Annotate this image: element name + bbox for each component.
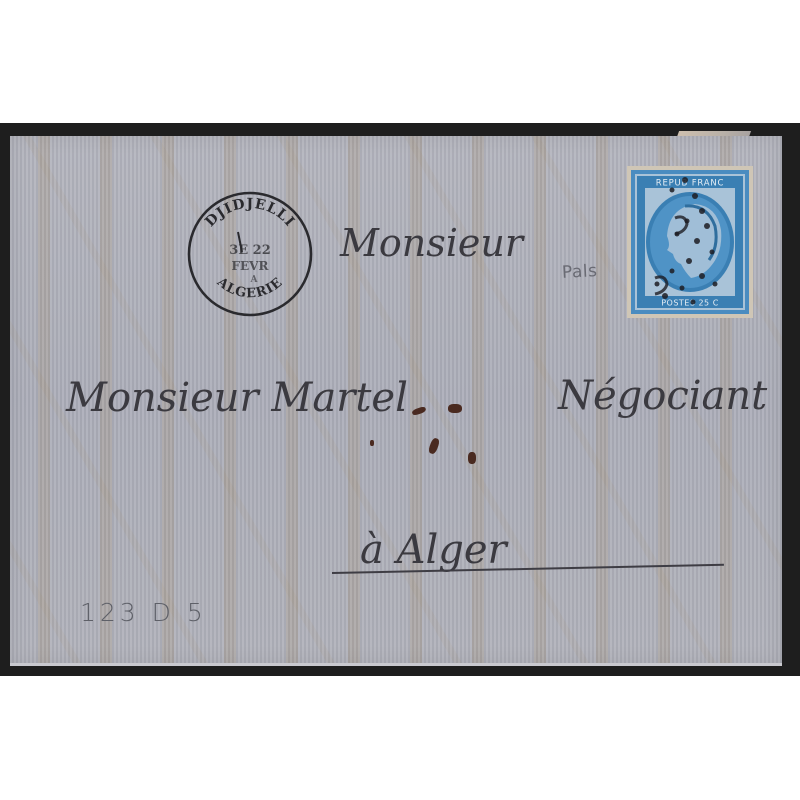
pencil-catalog-code: 123 D 5 <box>80 598 207 627</box>
ink-mark <box>468 452 476 464</box>
address-city: à Alger <box>360 527 510 573</box>
stamp-bottom-label: POSTES 25 C <box>661 299 719 308</box>
postmark-month: FEVR <box>232 259 270 273</box>
postmark-date: 3E 22 <box>229 243 271 258</box>
address-recipient: Monsieur Martel <box>65 375 408 421</box>
stamp-top-label: REPUB FRANC <box>656 179 725 189</box>
ink-mark <box>370 440 374 446</box>
ink-mark <box>448 404 462 413</box>
postmark: DJIDJELLI ALGERIE 3E 22 FEVR A <box>186 190 314 318</box>
svg-text:DJIDJELLI: DJIDJELLI <box>202 196 298 230</box>
postage-stamp: REPUB FRANC POSTES 25 C <box>627 166 753 318</box>
pencil-note: Pals <box>562 261 598 283</box>
address-line-3: à Alger <box>360 515 660 599</box>
postmark-letter: A <box>250 275 259 285</box>
address-occupation: Négociant <box>557 373 768 419</box>
address-line-2: Monsieur Martel Négociant <box>58 355 798 449</box>
address-salutation: Monsieur <box>339 221 526 265</box>
postmark-town: DJIDJELLI <box>202 196 298 230</box>
